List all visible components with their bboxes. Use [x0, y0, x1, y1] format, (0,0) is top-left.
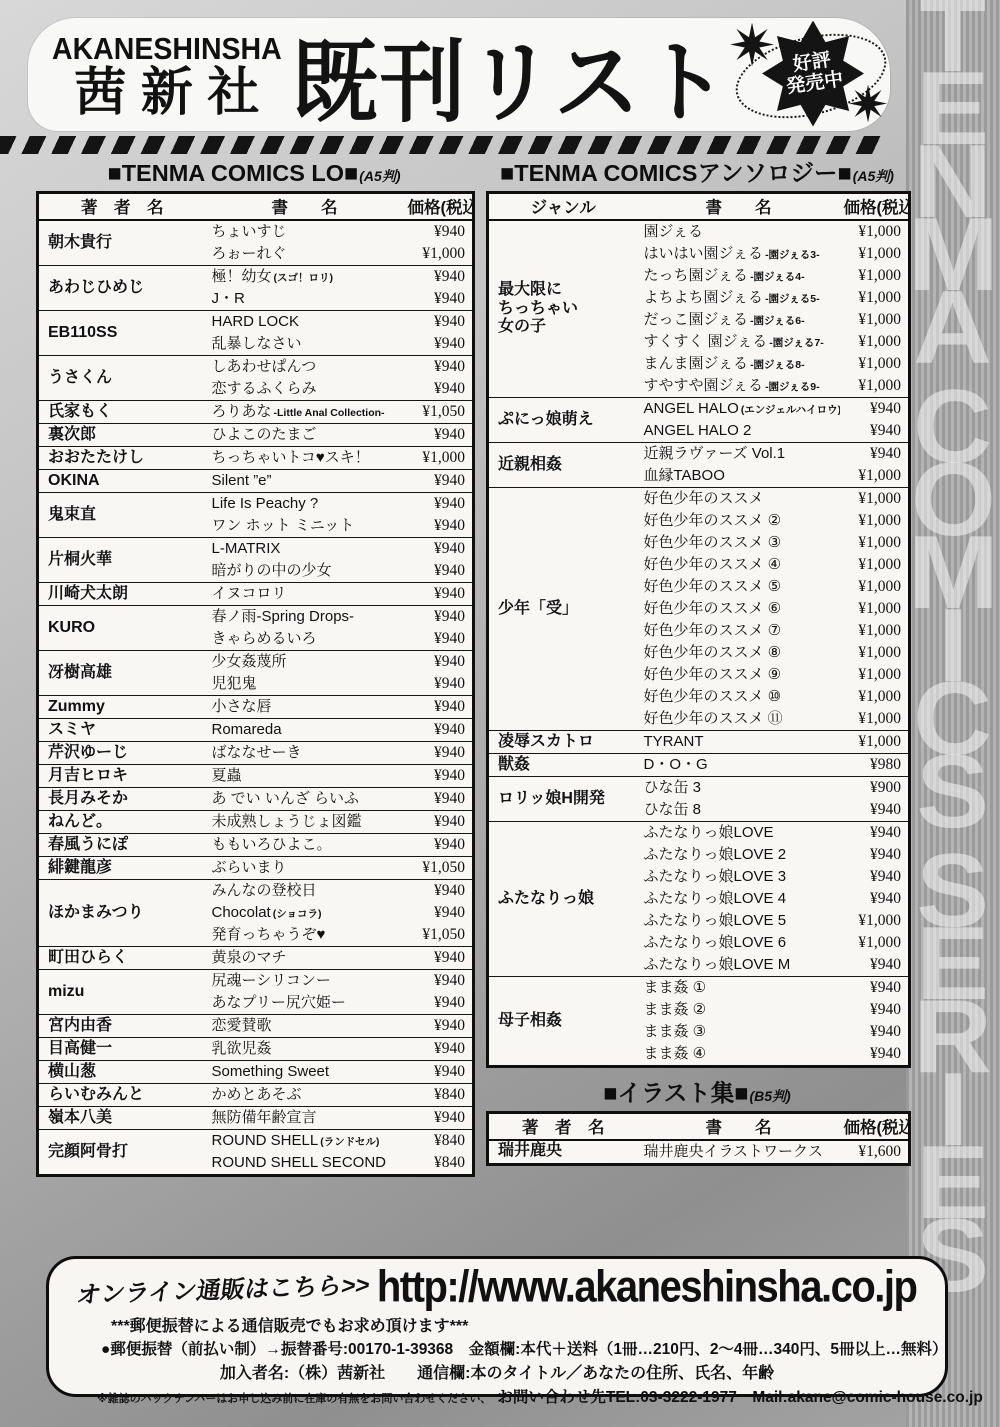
banner-letter: S	[917, 756, 990, 829]
online-shop-line: オンライン通販はこちら>> http://www.akaneshinsha.co…	[49, 1265, 945, 1310]
author-cell: ねんど。	[38, 810, 206, 833]
price-cell: ¥1,000	[840, 642, 910, 664]
price-cell: ¥1,000	[840, 331, 910, 353]
price-cell: ¥1,000	[840, 309, 910, 331]
table-row: ねんど。未成熟しょうじょ図鑑¥940	[38, 810, 474, 833]
price-cell: ¥940	[404, 469, 474, 492]
price-cell: ¥1,000	[840, 708, 910, 731]
price-cell: ¥1,000	[840, 375, 910, 398]
author-cell: 嶺本八美	[38, 1106, 206, 1129]
book-title-cell: たっち園ジぇる-園ジぇる4-	[638, 265, 840, 287]
table-row: Zummy小さな唇¥940	[38, 695, 474, 718]
price-cell: ¥940	[840, 954, 910, 977]
author-cell: 緋鍵龍彦	[38, 856, 206, 879]
column-header: 書 名	[638, 192, 840, 220]
price-cell: ¥940	[404, 787, 474, 810]
author-cell: EB110SS	[38, 310, 206, 355]
author-cell: KURO	[38, 605, 206, 650]
table-row: 目高健一乳欲児姦¥940	[38, 1037, 474, 1060]
book-title-cell: イヌコロリ	[206, 582, 404, 605]
book-title-cell: ちっちゃいトコ♥スキ！	[206, 446, 404, 469]
left-catalog-column: ■TENMA COMICS LO■(A5判) 著 者 名書 名価格(税込)朝木貴…	[36, 161, 472, 1177]
table-row: 完顔阿骨打ROUND SHELL(ランドセル)¥840	[38, 1129, 474, 1152]
book-title-cell: ろぉーれぐ	[206, 243, 404, 266]
table-row: ほかまみつりみんなの登校日¥940	[38, 879, 474, 902]
price-cell: ¥940	[404, 333, 474, 356]
book-title-cell: 好色少年のススメ ⑩	[638, 686, 840, 708]
footer-order-info-box: オンライン通販はこちら>> http://www.akaneshinsha.co…	[46, 1256, 948, 1397]
author-cell: 宮内由香	[38, 1014, 206, 1037]
book-title-cell: ROUND SHELL(ランドセル)	[206, 1129, 404, 1152]
book-title-cell: 好色少年のススメ ④	[638, 554, 840, 576]
book-title-cell: 好色少年のススメ ③	[638, 532, 840, 554]
book-title-cell: まま姦 ①	[638, 976, 840, 999]
table-row: 川崎犬太朗イヌコロリ¥940	[38, 582, 474, 605]
author-cell: 完顔阿骨打	[38, 1129, 206, 1175]
author-cell: あわじひめじ	[38, 265, 206, 310]
price-cell: ¥940	[404, 946, 474, 969]
price-cell: ¥940	[840, 866, 910, 888]
price-cell: ¥1,000	[840, 353, 910, 375]
book-title-cell: あなプリー尻穴姫ー	[206, 992, 404, 1015]
book-title-cell: かめとあそぶ	[206, 1083, 404, 1106]
book-title-cell: 好色少年のススメ ⑥	[638, 598, 840, 620]
book-title-cell: D・O・G	[638, 753, 840, 776]
author-cell: Zummy	[38, 695, 206, 718]
book-title-cell: ANGEL HALO(エンジェルハイロウ)	[638, 397, 840, 420]
right-table-title: ■TENMA COMICSアンソロジー■(A5判)	[486, 161, 908, 187]
book-title-cell: みんなの登校日	[206, 879, 404, 902]
table-row: 町田ひらく黄泉のマチ¥940	[38, 946, 474, 969]
author-cell: 横山葱	[38, 1060, 206, 1083]
book-title-cell: Silent ”e”	[206, 469, 404, 492]
author-cell: 瑞井鹿央	[488, 1140, 638, 1165]
price-cell: ¥940	[404, 288, 474, 311]
price-cell: ¥1,000	[840, 686, 910, 708]
genre-cell: 近親相姦	[488, 442, 638, 487]
book-title-cell: 好色少年のススメ ⑪	[638, 708, 840, 731]
column-header: 書 名	[206, 192, 404, 220]
price-cell: ¥940	[404, 537, 474, 560]
price-cell: ¥900	[840, 776, 910, 799]
book-title-cell: しあわせぱんつ	[206, 355, 404, 378]
catalog-table: 著 者 名書 名価格(税込)朝木貴行ちょいすじ¥940ろぉーれぐ¥1,000あわ…	[36, 191, 475, 1177]
book-title-cell: 春ノ雨-Spring Drops-	[206, 605, 404, 628]
price-cell: ¥940	[404, 764, 474, 787]
price-cell: ¥1,600	[840, 1140, 910, 1165]
author-cell: らいむみんと	[38, 1083, 206, 1106]
book-title-cell: ももいろひよこ。	[206, 833, 404, 856]
genre-cell: 母子相姦	[488, 976, 638, 1066]
price-cell: ¥940	[404, 560, 474, 583]
price-cell: ¥940	[404, 1014, 474, 1037]
book-title-cell: ふたなりっ娘LOVE 6	[638, 932, 840, 954]
book-title-cell: ひな缶 8	[638, 799, 840, 822]
table-row: 横山葱Something Sweet¥940	[38, 1060, 474, 1083]
price-cell: ¥940	[404, 695, 474, 718]
book-title-cell: まま姦 ④	[638, 1043, 840, 1067]
author-cell: mizu	[38, 969, 206, 1014]
right-catalog-column: ■TENMA COMICSアンソロジー■(A5判) ジャンル書 名価格(税込)最…	[486, 161, 908, 1166]
book-title-cell: 恋するふくらみ	[206, 378, 404, 401]
author-cell: 春風うにぽ	[38, 833, 206, 856]
shop-url: http://www.akaneshinsha.co.jp	[377, 1262, 917, 1312]
price-cell: ¥940	[404, 423, 474, 446]
on-sale-badge: 好評発売中	[730, 21, 895, 129]
price-cell: ¥1,050	[404, 856, 474, 879]
price-cell: ¥940	[404, 310, 474, 333]
price-cell: ¥1,000	[840, 932, 910, 954]
genre-cell: 獣姦	[488, 753, 638, 776]
book-title-cell: L-MATRIX	[206, 537, 404, 560]
book-title-cell: HARD LOCK	[206, 310, 404, 333]
book-title-cell: ひよこのたまご	[206, 423, 404, 446]
catalog-table: 著 者 名書 名価格(税込)瑞井鹿央瑞井鹿央イラストワークス¥1,600	[486, 1111, 911, 1166]
author-cell: スミヤ	[38, 718, 206, 741]
table-row: 瑞井鹿央瑞井鹿央イラストワークス¥1,600	[488, 1140, 910, 1165]
table-row: KURO春ノ雨-Spring Drops-¥940	[38, 605, 474, 628]
price-cell: ¥940	[404, 833, 474, 856]
table-row: 氏家もくろりあな-Little Anal Collection-¥1,050	[38, 400, 474, 423]
diagonal-stripe-divider	[0, 136, 882, 154]
book-title-cell: 瑞井鹿央イラストワークス	[638, 1140, 840, 1165]
publisher-name-jp: 茜新社	[57, 67, 292, 119]
price-cell: ¥1,000	[840, 465, 910, 488]
price-cell: ¥940	[404, 628, 474, 651]
price-cell: ¥940	[404, 1037, 474, 1060]
author-cell: 川崎犬太朗	[38, 582, 206, 605]
illustration-section: ■イラスト集■(B5判) 著 者 名書 名価格(税込)瑞井鹿央瑞井鹿央イラストワ…	[486, 1081, 908, 1166]
table-row: 近親相姦近親ラヴァーズ Vol.1¥940	[488, 442, 910, 465]
price-cell: ¥940	[404, 378, 474, 401]
online-shop-label: オンライン通販はこちら>>	[74, 1265, 372, 1310]
payee-detail: 加入者名:（株）茜新社 通信欄:本のタイトル／あなたの住所、氏名、年齢	[49, 1360, 945, 1383]
book-title-cell: 好色少年のススメ ⑦	[638, 620, 840, 642]
book-title-cell: 好色少年のススメ ⑧	[638, 642, 840, 664]
author-cell: 片桐火華	[38, 537, 206, 582]
price-cell: ¥1,000	[840, 620, 910, 642]
genre-cell: 少年「受」	[488, 487, 638, 730]
author-cell: 朝木貴行	[38, 220, 206, 266]
price-cell: ¥1,000	[840, 532, 910, 554]
postal-transfer-detail: ●郵便振替（前払い制）→振替番号:00170-1-39368 金額欄:本代＋送料…	[101, 1337, 945, 1359]
table-row: 春風うにぽももいろひよこ。¥940	[38, 833, 474, 856]
author-cell: おおたたけし	[38, 446, 206, 469]
author-cell: 鬼束直	[38, 492, 206, 537]
book-title-cell: 乱暴しなさい	[206, 333, 404, 356]
book-title-cell: まま姦 ②	[638, 999, 840, 1021]
book-title-cell: ふたなりっ娘LOVE 2	[638, 844, 840, 866]
table-row: ロリッ娘H開発ひな缶 3¥900	[488, 776, 910, 799]
author-cell: 月吉ヒロキ	[38, 764, 206, 787]
book-title-cell: 発育っちゃうぞ♥	[206, 924, 404, 947]
book-title-cell: ふたなりっ娘LOVE	[638, 821, 840, 844]
book-title-cell: 好色少年のススメ ⑨	[638, 664, 840, 686]
table-row: 緋鍵龍彦ぶらいまり¥1,050	[38, 856, 474, 879]
publisher-name-en: AKANESHINSHA	[52, 31, 282, 67]
genre-cell: ロリッ娘H開発	[488, 776, 638, 821]
price-cell: ¥940	[840, 999, 910, 1021]
price-cell: ¥940	[840, 1043, 910, 1067]
author-cell: 長月みそか	[38, 787, 206, 810]
author-cell: うさくん	[38, 355, 206, 400]
price-cell: ¥940	[404, 650, 474, 673]
column-header: 書 名	[638, 1112, 840, 1140]
author-cell: 裏次郎	[38, 423, 206, 446]
price-cell: ¥1,000	[840, 554, 910, 576]
table-row: らいむみんとかめとあそぶ¥840	[38, 1083, 474, 1106]
book-title-cell: Romareda	[206, 718, 404, 741]
genre-cell: ふたなりっ娘	[488, 821, 638, 976]
column-header: 著 者 名	[38, 192, 206, 220]
column-header: 価格(税込)	[840, 192, 910, 220]
table-row: 鬼束直Life Is Peachy ?¥940	[38, 492, 474, 515]
price-cell: ¥840	[404, 1129, 474, 1152]
book-title-cell: 未成熟しょうじょ図鑑	[206, 810, 404, 833]
author-cell: 冴樹高雄	[38, 650, 206, 695]
price-cell: ¥940	[404, 673, 474, 696]
book-title-cell: すくすく 園ジぇる-園ジぇる7-	[638, 331, 840, 353]
book-title-cell: ふたなりっ娘LOVE 4	[638, 888, 840, 910]
table-row: OKINASilent ”e”¥940	[38, 469, 474, 492]
book-title-cell: 園ジぇる	[638, 220, 840, 243]
price-cell: ¥940	[840, 821, 910, 844]
book-title-cell: きゃらめるいろ	[206, 628, 404, 651]
table-row: 月吉ヒロキ夏蟲¥940	[38, 764, 474, 787]
book-title-cell: ROUND SHELL SECOND	[206, 1152, 404, 1176]
price-cell: ¥840	[404, 1083, 474, 1106]
price-cell: ¥1,000	[840, 510, 910, 532]
book-title-cell: 好色少年のススメ ⑤	[638, 576, 840, 598]
price-cell: ¥1,000	[840, 664, 910, 686]
book-title-cell: すやすや園ジぇる-園ジぇる9-	[638, 375, 840, 398]
price-cell: ¥940	[404, 492, 474, 515]
price-cell: ¥940	[840, 442, 910, 465]
table-row: 芹沢ゆーじばななせーき¥940	[38, 741, 474, 764]
price-cell: ¥940	[404, 220, 474, 243]
price-cell: ¥1,000	[404, 243, 474, 266]
publisher-logo: AKANESHINSHA 茜新社	[42, 31, 292, 119]
column-header: 価格(税込)	[404, 192, 474, 220]
author-cell: 町田ひらく	[38, 946, 206, 969]
price-cell: ¥940	[404, 355, 474, 378]
book-title-cell: ひな缶 3	[638, 776, 840, 799]
price-cell: ¥840	[404, 1152, 474, 1176]
postal-transfer-note: ***郵便振替による通信販売でもお求め頂けます***	[111, 1313, 945, 1336]
genre-cell: 最大限に ちっちゃい 女の子	[488, 220, 638, 398]
book-title-cell: 小さな唇	[206, 695, 404, 718]
price-cell: ¥940	[840, 844, 910, 866]
table-row: 凌辱スカトロTYRANT¥1,000	[488, 730, 910, 753]
table-row: 宮内由香恋愛賛歌¥940	[38, 1014, 474, 1037]
book-title-cell: 恋愛賛歌	[206, 1014, 404, 1037]
book-title-cell: Chocolat(ショコラ)	[206, 902, 404, 924]
column-header: ジャンル	[488, 192, 638, 220]
left-table-title: ■TENMA COMICS LO■(A5判)	[36, 161, 472, 187]
book-title-cell: 近親ラヴァーズ Vol.1	[638, 442, 840, 465]
price-cell: ¥940	[840, 976, 910, 999]
price-cell: ¥1,000	[840, 910, 910, 932]
book-title-cell: ANGEL HALO 2	[638, 420, 840, 443]
book-title-cell: 暗がりの中の少女	[206, 560, 404, 583]
catalog-page: TENMACOMICSSERIES AKANESHINSHA 茜新社 既刊リスト…	[0, 0, 1000, 1427]
book-title-cell: まま姦 ③	[638, 1021, 840, 1043]
column-header: 著 者 名	[488, 1112, 638, 1140]
table-row: ぷにっ娘萌えANGEL HALO(エンジェルハイロウ)¥940	[488, 397, 910, 420]
table-row: 片桐火華L-MATRIX¥940	[38, 537, 474, 560]
price-cell: ¥1,050	[404, 400, 474, 423]
illust-table-title: ■イラスト集■(B5判)	[486, 1081, 908, 1107]
table-row: うさくんしあわせぱんつ¥940	[38, 355, 474, 378]
table-row: 嶺本八美無防備年齢宣言¥940	[38, 1106, 474, 1129]
price-cell: ¥940	[840, 799, 910, 822]
book-title-cell: ぶらいまり	[206, 856, 404, 879]
book-title-cell: ちょいすじ	[206, 220, 404, 243]
left-catalog-table-wrap: 著 者 名書 名価格(税込)朝木貴行ちょいすじ¥940ろぉーれぐ¥1,000あわ…	[36, 191, 472, 1177]
table-row: EB110SSHARD LOCK¥940	[38, 310, 474, 333]
price-cell: ¥940	[840, 420, 910, 443]
badge-starburst: 好評発売中	[762, 21, 864, 127]
price-cell: ¥940	[404, 879, 474, 902]
catalog-table: ジャンル書 名価格(税込)最大限に ちっちゃい 女の子園ジぇる¥1,000はいは…	[486, 191, 911, 1068]
book-title-cell: 乳欲児姦	[206, 1037, 404, 1060]
price-cell: ¥940	[404, 582, 474, 605]
author-cell: 氏家もく	[38, 400, 206, 423]
price-cell: ¥1,050	[404, 924, 474, 947]
price-cell: ¥940	[404, 741, 474, 764]
price-cell: ¥1,000	[840, 598, 910, 620]
book-title-cell: Something Sweet	[206, 1060, 404, 1083]
price-cell: ¥1,000	[840, 487, 910, 510]
price-cell: ¥940	[404, 969, 474, 992]
header-banner: AKANESHINSHA 茜新社 既刊リスト 好評発売中	[28, 18, 890, 131]
genre-cell: ぷにっ娘萌え	[488, 397, 638, 442]
price-cell: ¥940	[404, 902, 474, 924]
book-title-cell: はいはい園ジぇる-園ジぇる3-	[638, 243, 840, 265]
price-cell: ¥1,000	[404, 446, 474, 469]
price-cell: ¥940	[840, 888, 910, 910]
table-row: 長月みそかあ でい いんざ らいふ¥940	[38, 787, 474, 810]
book-title-cell: だっこ園ジぇる-園ジぇる6-	[638, 309, 840, 331]
author-cell: 目高健一	[38, 1037, 206, 1060]
table-row: おおたたけしちっちゃいトコ♥スキ！¥1,000	[38, 446, 474, 469]
book-title-cell: 黄泉のマチ	[206, 946, 404, 969]
book-title-cell: 好色少年のススメ ②	[638, 510, 840, 532]
book-title-cell: ふたなりっ娘LOVE 3	[638, 866, 840, 888]
book-title-cell: 無防備年齢宣言	[206, 1106, 404, 1129]
price-cell: ¥940	[404, 515, 474, 538]
book-title-cell: 好色少年のススメ	[638, 487, 840, 510]
price-cell: ¥1,000	[840, 220, 910, 243]
illust-catalog-table-wrap: 著 者 名書 名価格(税込)瑞井鹿央瑞井鹿央イラストワークス¥1,600	[486, 1111, 908, 1166]
badge-text: 好評発売中	[782, 49, 844, 98]
sparkle-icon	[849, 85, 887, 123]
book-title-cell: TYRANT	[638, 730, 840, 753]
price-cell: ¥940	[404, 605, 474, 628]
price-cell: ¥940	[840, 1021, 910, 1043]
price-cell: ¥1,000	[840, 265, 910, 287]
book-title-cell: よちよち園ジぇる-園ジぇる5-	[638, 287, 840, 309]
book-title-cell: ばななせーき	[206, 741, 404, 764]
book-title-cell: J・R	[206, 288, 404, 311]
price-cell: ¥940	[404, 1060, 474, 1083]
table-row: 獣姦D・O・G¥980	[488, 753, 910, 776]
book-title-cell: 極！幼女(スゴ！ロリ)	[206, 265, 404, 288]
table-row: 冴樹高雄少女姦蔑所¥940	[38, 650, 474, 673]
table-row: あわじひめじ極！幼女(スゴ！ロリ)¥940	[38, 265, 474, 288]
price-cell: ¥940	[404, 992, 474, 1015]
price-cell: ¥940	[404, 810, 474, 833]
book-title-cell: あ でい いんざ らいふ	[206, 787, 404, 810]
price-cell: ¥940	[404, 718, 474, 741]
book-title-cell: ワン ホット ミニット	[206, 515, 404, 538]
table-row: スミヤRomareda¥940	[38, 718, 474, 741]
price-cell: ¥1,000	[840, 287, 910, 309]
vertical-series-banner: TENMACOMICSSERIES	[906, 0, 1000, 1427]
book-title-cell: 少女姦蔑所	[206, 650, 404, 673]
table-row: mizu尻魂ーシリコンー¥940	[38, 969, 474, 992]
price-cell: ¥940	[404, 265, 474, 288]
book-title-cell: ろりあな-Little Anal Collection-	[206, 400, 404, 423]
table-row: 少年「受」好色少年のススメ¥1,000	[488, 487, 910, 510]
page-title: 既刊リスト	[292, 10, 730, 139]
right-catalog-table-wrap: ジャンル書 名価格(税込)最大限に ちっちゃい 女の子園ジぇる¥1,000はいは…	[486, 191, 908, 1068]
author-cell: OKINA	[38, 469, 206, 492]
book-title-cell: ふたなりっ娘LOVE M	[638, 954, 840, 977]
book-title-cell: 夏蟲	[206, 764, 404, 787]
book-title-cell: ふたなりっ娘LOVE 5	[638, 910, 840, 932]
table-row: ふたなりっ娘ふたなりっ娘LOVE¥940	[488, 821, 910, 844]
book-title-cell: Life Is Peachy ?	[206, 492, 404, 515]
author-cell: 芹沢ゆーじ	[38, 741, 206, 764]
genre-cell: 凌辱スカトロ	[488, 730, 638, 753]
book-title-cell: 尻魂ーシリコンー	[206, 969, 404, 992]
book-title-cell: まんま園ジぇる-園ジぇる8-	[638, 353, 840, 375]
author-cell: ほかまみつり	[38, 879, 206, 946]
price-cell: ¥1,000	[840, 243, 910, 265]
price-cell: ¥1,000	[840, 576, 910, 598]
table-row: 朝木貴行ちょいすじ¥940	[38, 220, 474, 243]
table-row: 最大限に ちっちゃい 女の子園ジぇる¥1,000	[488, 220, 910, 243]
book-title-cell: 血縁TABOO	[638, 465, 840, 488]
contact-info: お問い合わせ先TEL:03-3222-1977 Mail:akane@comic…	[497, 1385, 982, 1407]
price-cell: ¥1,000	[840, 730, 910, 753]
book-title-cell: 児犯鬼	[206, 673, 404, 696]
banner-letter: A	[914, 292, 993, 365]
price-cell: ¥940	[404, 1106, 474, 1129]
table-row: 母子相姦まま姦 ①¥940	[488, 976, 910, 999]
column-header: 価格(税込)	[840, 1112, 910, 1140]
sparkle-icon	[730, 23, 774, 67]
table-row: 裏次郎ひよこのたまご¥940	[38, 423, 474, 446]
price-cell: ¥980	[840, 753, 910, 776]
price-cell: ¥940	[840, 397, 910, 420]
contact-line: ※雑誌のバックナンバーはお申し込み前に在庫の有無をお問い合わせください、 お問い…	[97, 1385, 945, 1407]
backnumber-note: ※雑誌のバックナンバーはお申し込み前に在庫の有無をお問い合わせください、	[97, 1390, 491, 1406]
